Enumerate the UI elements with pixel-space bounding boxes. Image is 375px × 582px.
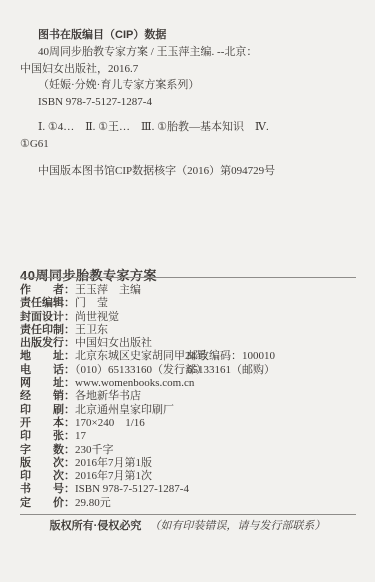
field-label: 地 址： <box>20 350 75 362</box>
field-label: 出版发行： <box>20 337 75 349</box>
field-label: 书 号： <box>20 483 75 495</box>
row-printed-sheets: 印 张：17 <box>20 430 356 443</box>
field-value: 王玉萍 主编 <box>75 284 141 296</box>
copyright-page: 图书在版编目（CIP）数据 40周同步胎教专家方案 / 王玉萍主编. --北京：… <box>0 0 375 582</box>
field-label: 版 次： <box>20 457 75 469</box>
field-label: 印 刷： <box>20 404 75 416</box>
row-publisher: 出版发行：中国妇女出版社 <box>20 337 356 350</box>
title-divider <box>20 277 356 278</box>
field-value: 各地新华书店 <box>75 390 141 402</box>
row-isbn: 书 号：ISBN 978-7-5127-1287-4 <box>20 483 356 496</box>
field-label: 作 者： <box>20 284 75 296</box>
row-word-count: 字 数：230千字 <box>20 444 356 457</box>
row-distribution: 经 销：各地新华书店 <box>20 390 356 403</box>
field-value: 2016年7月第1版 <box>75 457 152 469</box>
colophon-table: 作 者：王玉萍 主编 责任编辑：门 莹 封面设计：尚世视觉 责任印制：王卫东 出… <box>20 284 356 510</box>
cip-block: 图书在版编目（CIP）数据 40周同步胎教专家方案 / 王玉萍主编. --北京：… <box>20 27 357 179</box>
row-printing-house: 印 刷：北京通州皇家印刷厂 <box>20 404 356 417</box>
row-address: 地 址：北京东城区史家胡同甲24号邮政编码：100010 <box>20 350 356 363</box>
row-edition: 版 次：2016年7月第1版 <box>20 457 356 470</box>
field-value: ISBN 978-7-5127-1287-4 <box>75 483 189 495</box>
field-value: www.womenbooks.com.cn <box>75 377 194 389</box>
copyright-notice: 版权所有·侵权必究 <box>50 520 142 532</box>
field-label: 电 话： <box>20 364 75 376</box>
field-label: 责任印制： <box>20 324 75 336</box>
row-format: 开 本：170×240 1/16 <box>20 417 356 430</box>
field-label: 印 次： <box>20 470 75 482</box>
footer-divider <box>20 514 356 515</box>
field-label: 字 数： <box>20 444 75 456</box>
misprint-note: （如有印装错误，请与发行部联系） <box>149 520 325 532</box>
field-value: 170×240 1/16 <box>75 417 145 429</box>
field-value: 17 <box>75 430 86 442</box>
field-phone-mail-order: 65133161（邮购） <box>187 364 275 377</box>
cip-header: 图书在版编目（CIP）数据 <box>20 27 357 44</box>
copyright-notice-line: 版权所有·侵权必究（如有印装错误，请与发行部联系） <box>0 519 375 533</box>
cip-line-series: （妊娠·分娩·育儿专家方案系列） <box>20 77 357 94</box>
row-phone: 电 话：（010）65133160（发行部）65133161（邮购） <box>20 364 356 377</box>
cip-line-publisher: 中国妇女出版社，2016.7 <box>20 61 357 78</box>
cip-classification-line1: Ⅰ. ①4… Ⅱ. ①王… Ⅲ. ①胎教—基本知识 Ⅳ. <box>20 119 357 136</box>
field-value: 北京通州皇家印刷厂 <box>75 404 174 416</box>
row-price: 定 价：29.80元 <box>20 497 356 510</box>
cip-record-number: 中国版本图书馆CIP数据核字（2016）第094729号 <box>20 163 357 180</box>
row-print-supervisor: 责任印制：王卫东 <box>20 324 356 337</box>
field-value: 230千字 <box>75 444 114 456</box>
field-label: 开 本： <box>20 417 75 429</box>
cip-classification-line2: ①G61 <box>20 136 357 153</box>
field-label: 网 址： <box>20 377 75 389</box>
field-label: 经 销： <box>20 390 75 402</box>
field-value: 中国妇女出版社 <box>75 337 152 349</box>
cip-line-isbn: ISBN 978-7-5127-1287-4 <box>20 94 357 111</box>
cip-line-title: 40周同步胎教专家方案 / 王玉萍主编. --北京： <box>20 44 357 61</box>
row-impression: 印 次：2016年7月第1次 <box>20 470 356 483</box>
field-label: 责任编辑： <box>20 297 75 309</box>
field-label: 印 张： <box>20 430 75 442</box>
field-postal-code: 邮政编码：100010 <box>187 350 275 363</box>
row-cover-design: 封面设计：尚世视觉 <box>20 311 356 324</box>
row-managing-editor: 责任编辑：门 莹 <box>20 297 356 310</box>
field-label: 定 价： <box>20 497 75 509</box>
field-value: 2016年7月第1次 <box>75 470 152 482</box>
field-value: 尚世视觉 <box>75 311 119 323</box>
row-website: 网 址：www.womenbooks.com.cn <box>20 377 356 390</box>
field-label: 封面设计： <box>20 311 75 323</box>
field-value: 王卫东 <box>75 324 108 336</box>
book-title: 40周同步胎教专家方案 <box>20 265 157 284</box>
field-value: 29.80元 <box>75 497 111 509</box>
field-value: 门 莹 <box>75 297 108 309</box>
row-author: 作 者：王玉萍 主编 <box>20 284 356 297</box>
